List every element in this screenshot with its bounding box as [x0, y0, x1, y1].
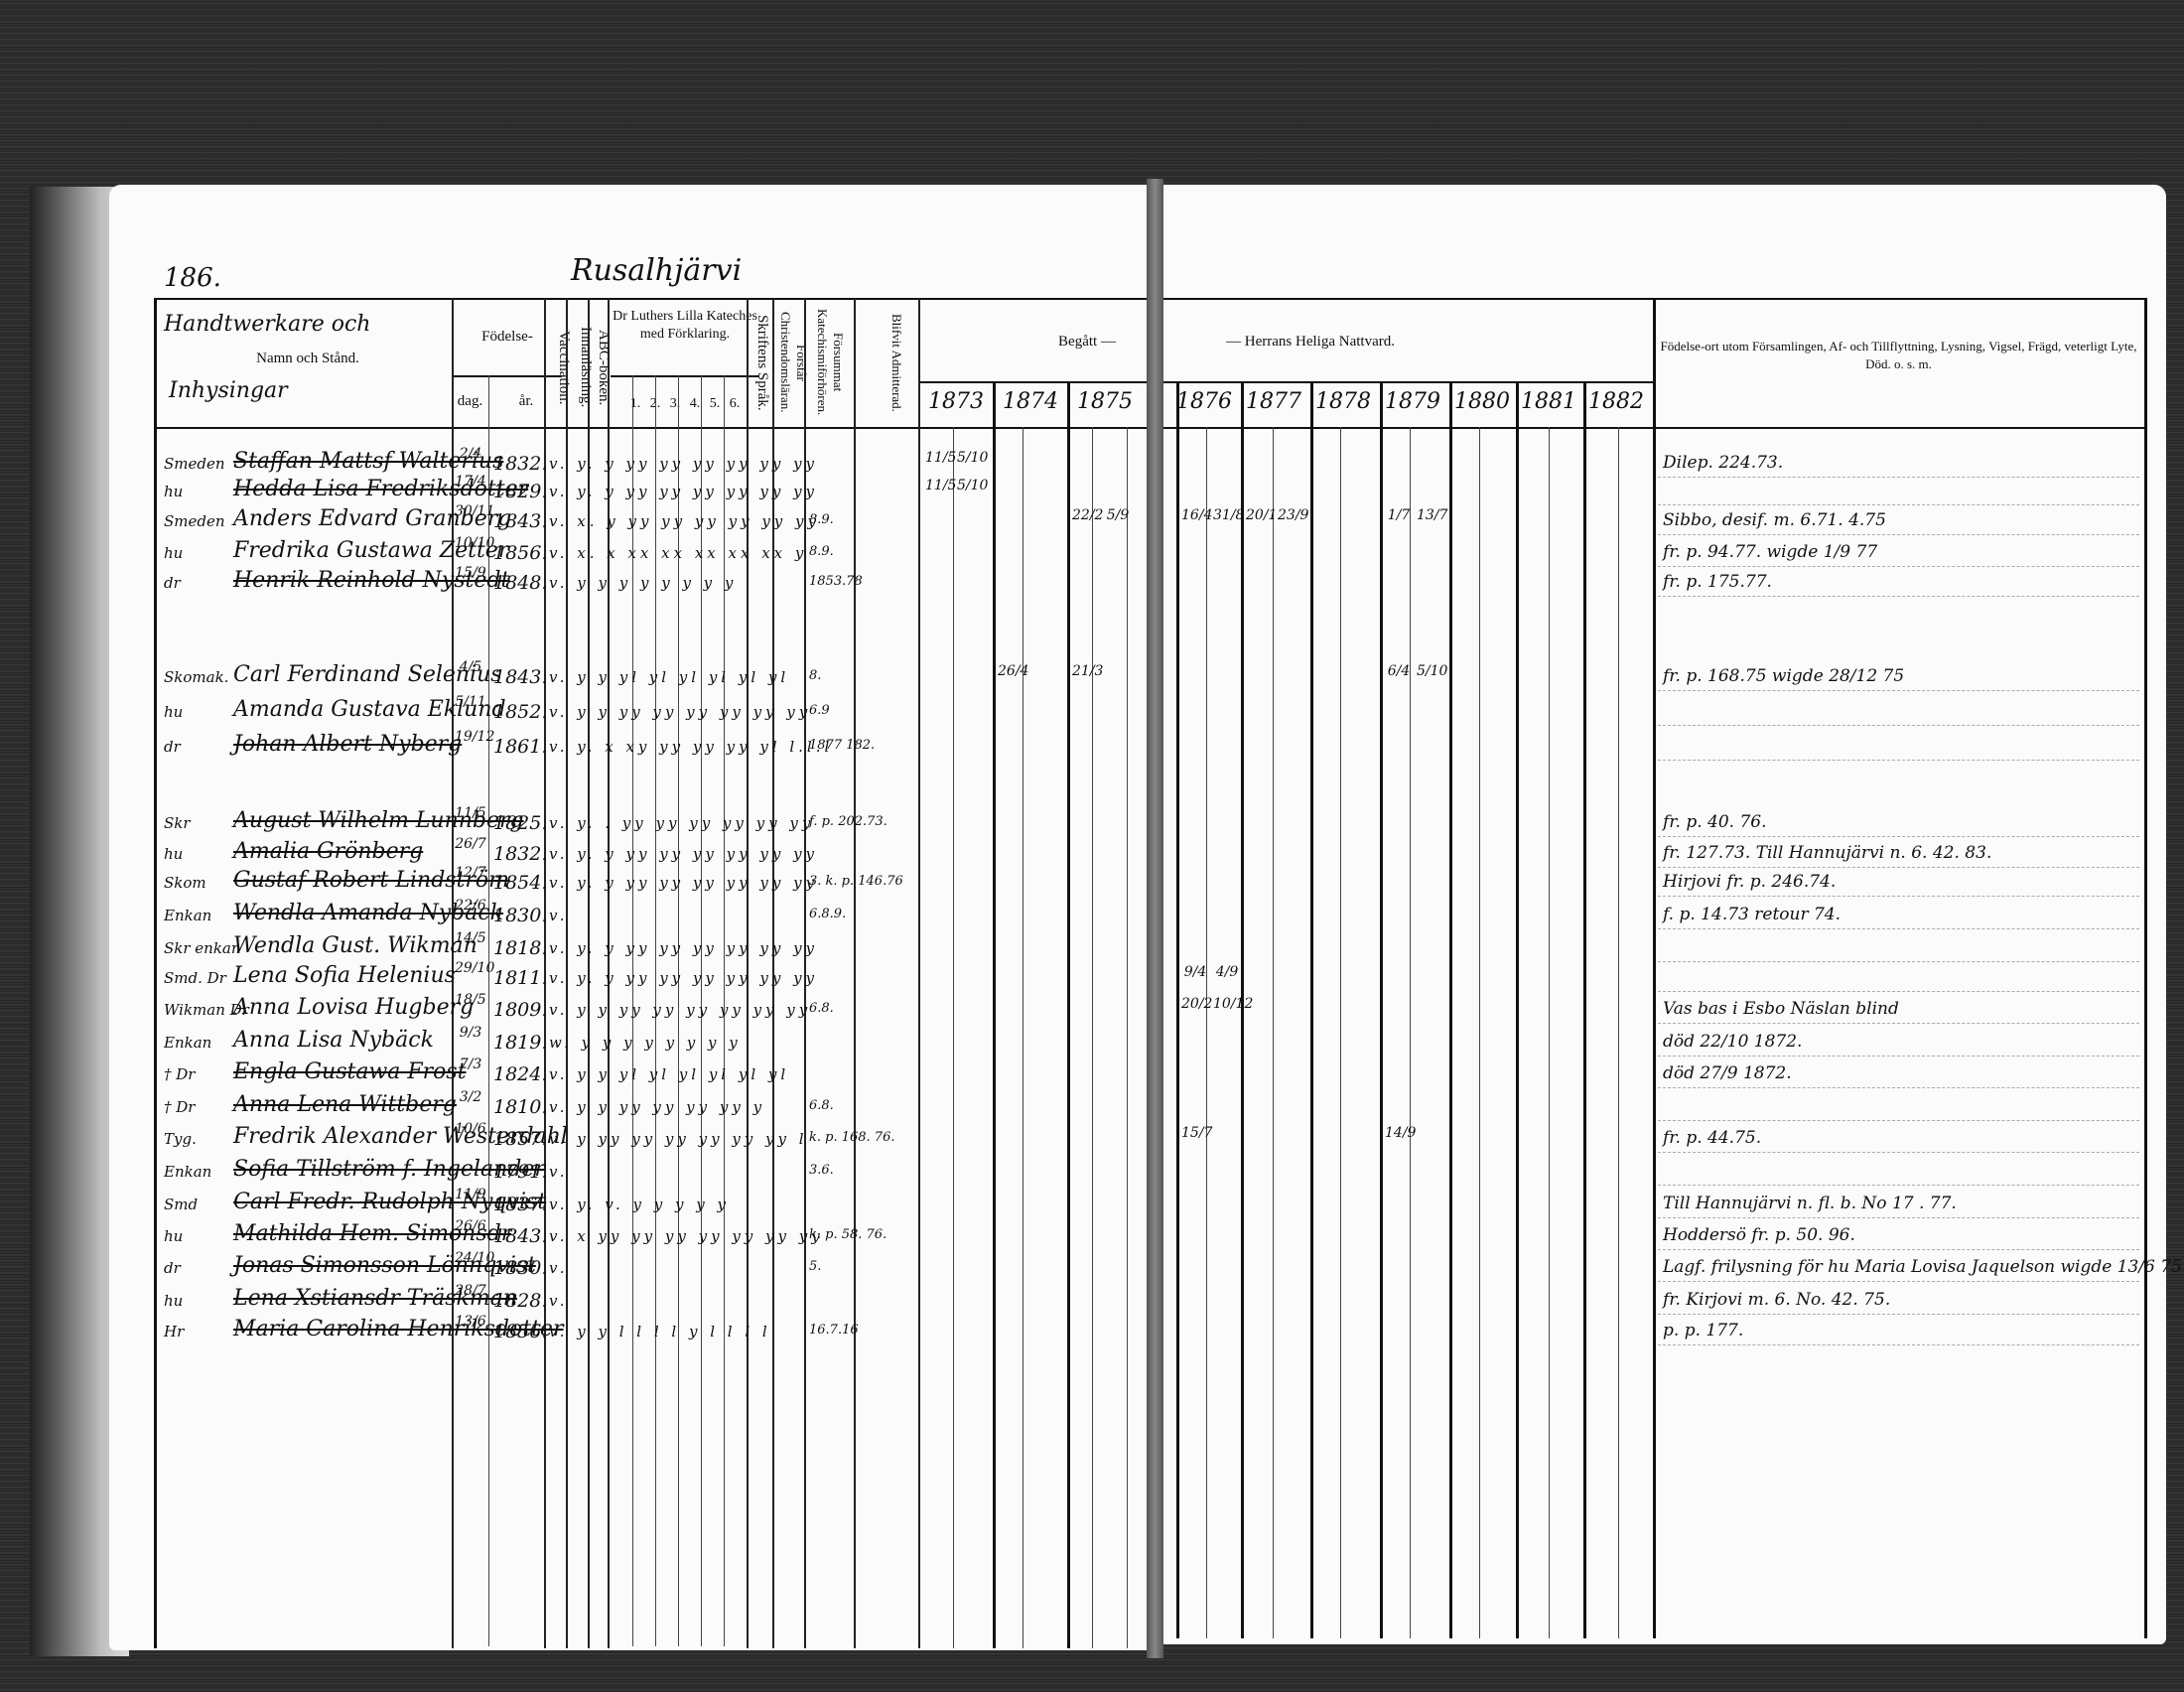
knowledge-marks: v. y y yy yy yy yy y [549, 1098, 765, 1116]
year-1877: 1877 [1246, 389, 1301, 414]
birth-header: Födelse- [453, 328, 562, 346]
knowledge-marks: v. y yy yy yy yy yy yy l [549, 1130, 808, 1148]
remark: Hoddersö fr. p. 50. 96. [1663, 1225, 1855, 1245]
name-column-header: Namn och Stånd. [189, 350, 427, 367]
knowledge-marks: v. y y yy yy yy yy yy yy [549, 1001, 811, 1019]
birth-day: 11/5 [455, 806, 486, 820]
knowledge-marks: v. y. y yy yy yy yy yy yy [549, 874, 818, 892]
communion-header-left: Begått — [1027, 333, 1147, 351]
knowledge-marks: v. [549, 1292, 568, 1310]
innanlasning-header: Innanläsning. [578, 308, 594, 427]
birth-day: 5/11 [455, 695, 486, 709]
communion-date: 5/10 [1417, 664, 1444, 678]
occupation: Skomak. [164, 668, 228, 686]
remark: fr. Kirjovi m. 6. No. 42. 75. [1663, 1290, 1890, 1310]
scripture-header: Skriftens Språk. [754, 303, 770, 422]
occupation: Skr [164, 814, 191, 832]
year-1879: 1879 [1385, 389, 1440, 414]
exam-notes: 3. k. p. 146.76 [809, 874, 903, 889]
communion-date: 5/9 [1104, 508, 1132, 522]
register-row: † DrEngla Gustawa Frost7/31824.v. y y yl… [0, 1057, 2184, 1093]
knowledge-marks: v. y. y yy yy yy yy yy yy [549, 455, 818, 473]
exam-notes: 6.9 [809, 703, 830, 718]
register-row: drJonas Simonsson Lönnqvist24/101830.v.5… [0, 1251, 2184, 1287]
occupation: hu [164, 1227, 183, 1245]
vaccination-header: Vaccination. [556, 308, 572, 427]
knowledge-marks: v. y. v. y y y y y [549, 1196, 730, 1213]
left-page-subheading: Inhysingar [169, 382, 367, 400]
birth-year: 1819. [493, 1032, 547, 1054]
birth-day: 4/5 [455, 660, 486, 674]
occupation: hu [164, 845, 183, 863]
remark: fr. p. 168.75 wigde 28/12 75 [1663, 666, 1904, 686]
knowledge-marks: v. y y l l l l y l l l l [549, 1323, 771, 1340]
register-row: drJohan Albert Nyberg19/121861.v. y. x x… [0, 730, 2184, 766]
birth-year: 1852. [493, 701, 547, 723]
birth-year: 1832. [493, 453, 547, 475]
occupation: Tyg. [164, 1130, 197, 1148]
birth-year: 1829. [493, 481, 547, 502]
communion-date: 14/9 [1385, 1126, 1413, 1140]
register-row: drHenrik Reinhold Nystedt15/91848.v. y y… [0, 566, 2184, 602]
remark: f. p. 14.73 retour 74. [1663, 905, 1841, 924]
knowledge-marks: v. x. y yy yy yy yy yy yy [549, 512, 820, 530]
occupation: hu [164, 1292, 183, 1310]
occupation: Smd. Dr [164, 969, 226, 987]
occupation: † Dr [164, 1098, 195, 1116]
birth-day: 28/7 [455, 1284, 486, 1298]
remark: fr. p. 40. 76. [1663, 812, 1767, 832]
register-row: EnkanWendla Amanda Nybäck22/61830.v.6.8.… [0, 899, 2184, 934]
person-name: Johan Albert Nyberg [233, 732, 462, 757]
communion-date: 11/5 [925, 479, 953, 493]
communion-date: 23/9 [1278, 508, 1305, 522]
knowledge-marks: v. y y yy yy yy yy yy yy [549, 703, 811, 721]
register-row: HrMaria Carolina Henriksdotter13/61856.v… [0, 1315, 2184, 1350]
year-1876: 1876 [1176, 389, 1232, 414]
exam-notes: 5. [809, 1259, 821, 1274]
birth-day: 29/10 [455, 961, 486, 975]
communion-date: 31/8 [1213, 508, 1241, 522]
missed-exam-header: Försummat Katechismiförhören. [814, 303, 846, 422]
occupation: Enkan [164, 1163, 211, 1181]
birth-year: 1810. [493, 1096, 547, 1118]
occupation: Enkan [164, 907, 211, 924]
page-number: 186. [164, 263, 221, 293]
birth-day: 11/9 [455, 1188, 486, 1201]
exam-notes: k. p. 168. 76. [809, 1130, 894, 1145]
birth-day: 3/2 [455, 1090, 486, 1104]
birth-day: 30/11 [455, 504, 486, 518]
knowledge-marks: v. y. y yy yy yy yy yy yy [549, 483, 818, 500]
occupation: dr [164, 738, 181, 756]
remark: fr. p. 94.77. wigde 1/9 77 [1663, 542, 1877, 562]
exam-notes: 1877 182. [809, 738, 875, 753]
year-1881: 1881 [1521, 389, 1576, 414]
birth-year: 1854. [493, 872, 547, 894]
exam-notes: 6.8.9. [809, 907, 846, 921]
year-1874: 1874 [1003, 389, 1058, 414]
knowledge-marks: v. [549, 907, 568, 924]
remark: Lagf. frilysning för hu Maria Lovisa Jaq… [1663, 1257, 2184, 1277]
exam-notes: 8.9. [809, 512, 834, 527]
knowledge-marks: v. y. y yy yy yy yy yy yy [549, 845, 818, 863]
knowledge-marks: v. y y yl yl yl yl yl yl [549, 1065, 789, 1083]
register-row: EnkanAnna Lisa Nybäck9/31819.w. y y y y … [0, 1026, 2184, 1061]
person-name: Wendla Gust. Wikman [233, 933, 478, 958]
year-1880: 1880 [1454, 389, 1510, 414]
birth-year: 1843. [493, 1225, 547, 1247]
year-1882: 1882 [1588, 389, 1644, 414]
communion-date: 26/4 [998, 664, 1025, 678]
birth-day: 7/3 [455, 1057, 486, 1071]
exam-notes: 8. [809, 668, 821, 683]
birth-year: 1824. [493, 1063, 547, 1085]
exam-notes: k. p. 58. 76. [809, 1227, 887, 1242]
birth-year: 1861. [493, 736, 547, 758]
register-row: huMathilda Hem. Simonsdr26/61843.v. x yy… [0, 1219, 2184, 1255]
occupation: Enkan [164, 1034, 211, 1052]
occupation: Hr [164, 1323, 184, 1340]
birth-year: 1830. [493, 1257, 547, 1279]
person-name: Anna Lisa Nybäck [233, 1028, 434, 1053]
birth-day: 17/4 [455, 475, 486, 489]
communion-date: 21/3 [1072, 664, 1100, 678]
left-page-heading: Handtwerkare och [164, 316, 442, 334]
remark: Till Hannujärvi n. fl. b. No 17 . 77. [1663, 1194, 1957, 1213]
occupation: hu [164, 544, 183, 562]
knowledge-marks: v. x yy yy yy yy yy yy yy [549, 1227, 824, 1245]
knowledge-marks: v. y. y yy yy yy yy yy yy [549, 939, 818, 957]
occupation: Skom [164, 874, 206, 892]
communion-date: 15/7 [1181, 1126, 1209, 1140]
birth-year: 1809. [493, 999, 547, 1021]
register-row: SkomGustaf Robert Lindström12/71854.v. y… [0, 866, 2184, 902]
birth-year: 1825. [493, 812, 547, 834]
register-row: Smd. DrLena Sofia Helenius29/101811.v. y… [0, 961, 2184, 997]
birth-year: 1843. [493, 666, 547, 688]
year-1875: 1875 [1077, 389, 1133, 414]
parish-title: Rusalhjärvi [571, 253, 742, 288]
register-row: Wikman DrAnna Lovisa Hugberg18/51809.v. … [0, 993, 2184, 1029]
remark: fr. 127.73. Till Hannujärvi n. 6. 42. 83… [1663, 843, 1991, 863]
birth-year: 1828. [493, 1290, 547, 1312]
birth-year: 1857. [493, 1128, 547, 1150]
birth-year: 1830. [493, 905, 547, 926]
communion-header-right: — Herrans Heliga Nattvard. [1186, 333, 1434, 351]
birth-year: 1856. [493, 1321, 547, 1342]
exam-notes: 8.9. [809, 544, 834, 559]
knowledge-marks: v. y. x xy yy yy yy yl l.l.l [549, 738, 833, 756]
remark: fr. p. 175.77. [1663, 572, 1772, 592]
birth-year: 1832. [493, 843, 547, 865]
birth-day: 18/5 [455, 993, 486, 1007]
person-name: Engla Gustawa Frost [233, 1059, 467, 1084]
birth-year-header: år. [491, 392, 561, 410]
exam-notes: 3.6. [809, 1163, 834, 1178]
knowledge-marks: v. y. . yy yy yy yy yy yy [549, 814, 814, 832]
birth-day: 10/10 [455, 536, 486, 550]
remark: Sibbo, desif. m. 6.71. 4.75 [1663, 510, 1886, 530]
birth-day: 10/6 [455, 1122, 486, 1136]
person-name: Anna Lovisa Hugberg [233, 995, 474, 1020]
occupation: Skr enkan [164, 939, 241, 957]
remark: p. p. 177. [1663, 1321, 1743, 1340]
knowledge-marks: v. y y yl yl yl yl yl yl [549, 668, 789, 686]
exam-notes: 1853.78 [809, 574, 863, 589]
knowledge-marks: v. y. y yy yy yy yy yy yy [549, 969, 818, 987]
birth-day: 22/6 [455, 899, 486, 913]
occupation: hu [164, 703, 183, 721]
knowledge-marks: w. y y y y y y y y [549, 1034, 742, 1052]
register-row: SmdCarl Fredr. Rudolph Nyqvist11/91837.v… [0, 1188, 2184, 1223]
birth-day: 9/3 [455, 1026, 486, 1040]
birth-day: 13/6 [455, 1315, 486, 1329]
birth-day: 26/7 [455, 837, 486, 851]
remark: fr. p. 44.75. [1663, 1128, 1761, 1148]
birth-day: 12/7 [455, 866, 486, 880]
communion-date: 20/2 [1181, 997, 1209, 1011]
birth-year: 1843. [493, 510, 547, 532]
occupation: dr [164, 574, 181, 592]
person-name: Anna Lena Wittberg [233, 1092, 457, 1117]
communion-date: 22/2 [1072, 508, 1100, 522]
communion-date: 11/5 [925, 451, 953, 465]
communion-date: 5/10 [957, 479, 985, 493]
year-1873: 1873 [928, 389, 984, 414]
communion-date: 16/4 [1181, 508, 1209, 522]
birth-year: 1856. [493, 542, 547, 564]
communion-date: 4/9 [1213, 965, 1241, 979]
communion-date: 5/10 [957, 451, 985, 465]
knowledge-marks: v. y y y y y y y y [549, 574, 737, 592]
occupation: Smd [164, 1196, 198, 1213]
catechism-header: Dr Luthers Lilla Kateches med Förklaring… [611, 308, 759, 344]
register-row: EnkanSofia Tillström f. Ingelander1791.v… [0, 1155, 2184, 1191]
communion-date: 13/7 [1417, 508, 1444, 522]
occupation: Smeden [164, 455, 225, 473]
communion-date: 9/4 [1181, 965, 1209, 979]
remark: Dilep. 224.73. [1663, 453, 1783, 473]
register-row: huAmanda Gustava Eklund5/111852.v. y y y… [0, 695, 2184, 731]
birth-day: 15/9 [455, 566, 486, 580]
exam-notes: 6.8. [809, 1098, 834, 1113]
occupation: Smeden [164, 512, 225, 530]
admitted-header: Blifvit Admitterad. [888, 303, 904, 422]
remark: död 27/9 1872. [1663, 1063, 1792, 1083]
occupation: dr [164, 1259, 181, 1277]
birth-year: 1818. [493, 937, 547, 959]
knowledge-marks: v. [549, 1259, 568, 1277]
occupation: hu [164, 483, 183, 500]
year-1878: 1878 [1315, 389, 1371, 414]
remark: Hirjovi fr. p. 246.74. [1663, 872, 1836, 892]
person-name: Amalia Grönberg [233, 839, 423, 864]
communion-date: 20/1 [1246, 508, 1274, 522]
birth-day: 26/6 [455, 1219, 486, 1233]
communion-date: 1/7 [1385, 508, 1413, 522]
birth-day-header: dag. [453, 392, 487, 410]
remarks-header: Födelse-ort utom Församlingen, Af- och T… [1658, 338, 2139, 373]
communion-date: 6/4 [1385, 664, 1413, 678]
exam-notes: f. p. 202.73. [809, 814, 887, 829]
birth-day: 14/5 [455, 931, 486, 945]
birth-year: 1848. [493, 572, 547, 594]
birth-day: 2/4 [455, 447, 486, 461]
birth-day: 24/10 [455, 1251, 486, 1265]
exam-notes: 16.7.16 [809, 1323, 859, 1338]
birth-year: 1837. [493, 1194, 547, 1215]
register-row: Tyg.Fredrik Alexander Westerdahl10/61857… [0, 1122, 2184, 1158]
person-name: Lena Sofia Helenius [233, 963, 456, 988]
birth-year: 1791. [493, 1161, 547, 1183]
birth-year: 1811. [493, 967, 547, 989]
remark: Vas bas i Esbo Näslan blind [1663, 999, 1899, 1019]
exam-notes: 6.8. [809, 1001, 834, 1016]
knowledge-marks: v. x. x xx xx xx xx xx y [549, 544, 807, 562]
communion-date: 10/12 [1213, 997, 1241, 1011]
occupation: † Dr [164, 1065, 195, 1083]
register-row: † DrAnna Lena Wittberg3/21810.v. y y yy … [0, 1090, 2184, 1126]
knowledge-marks: v. [549, 1163, 568, 1181]
abc-book-header: ABC-boken. [596, 308, 612, 427]
remark: död 22/10 1872. [1663, 1032, 1802, 1052]
birth-day: 19/12 [455, 730, 486, 744]
